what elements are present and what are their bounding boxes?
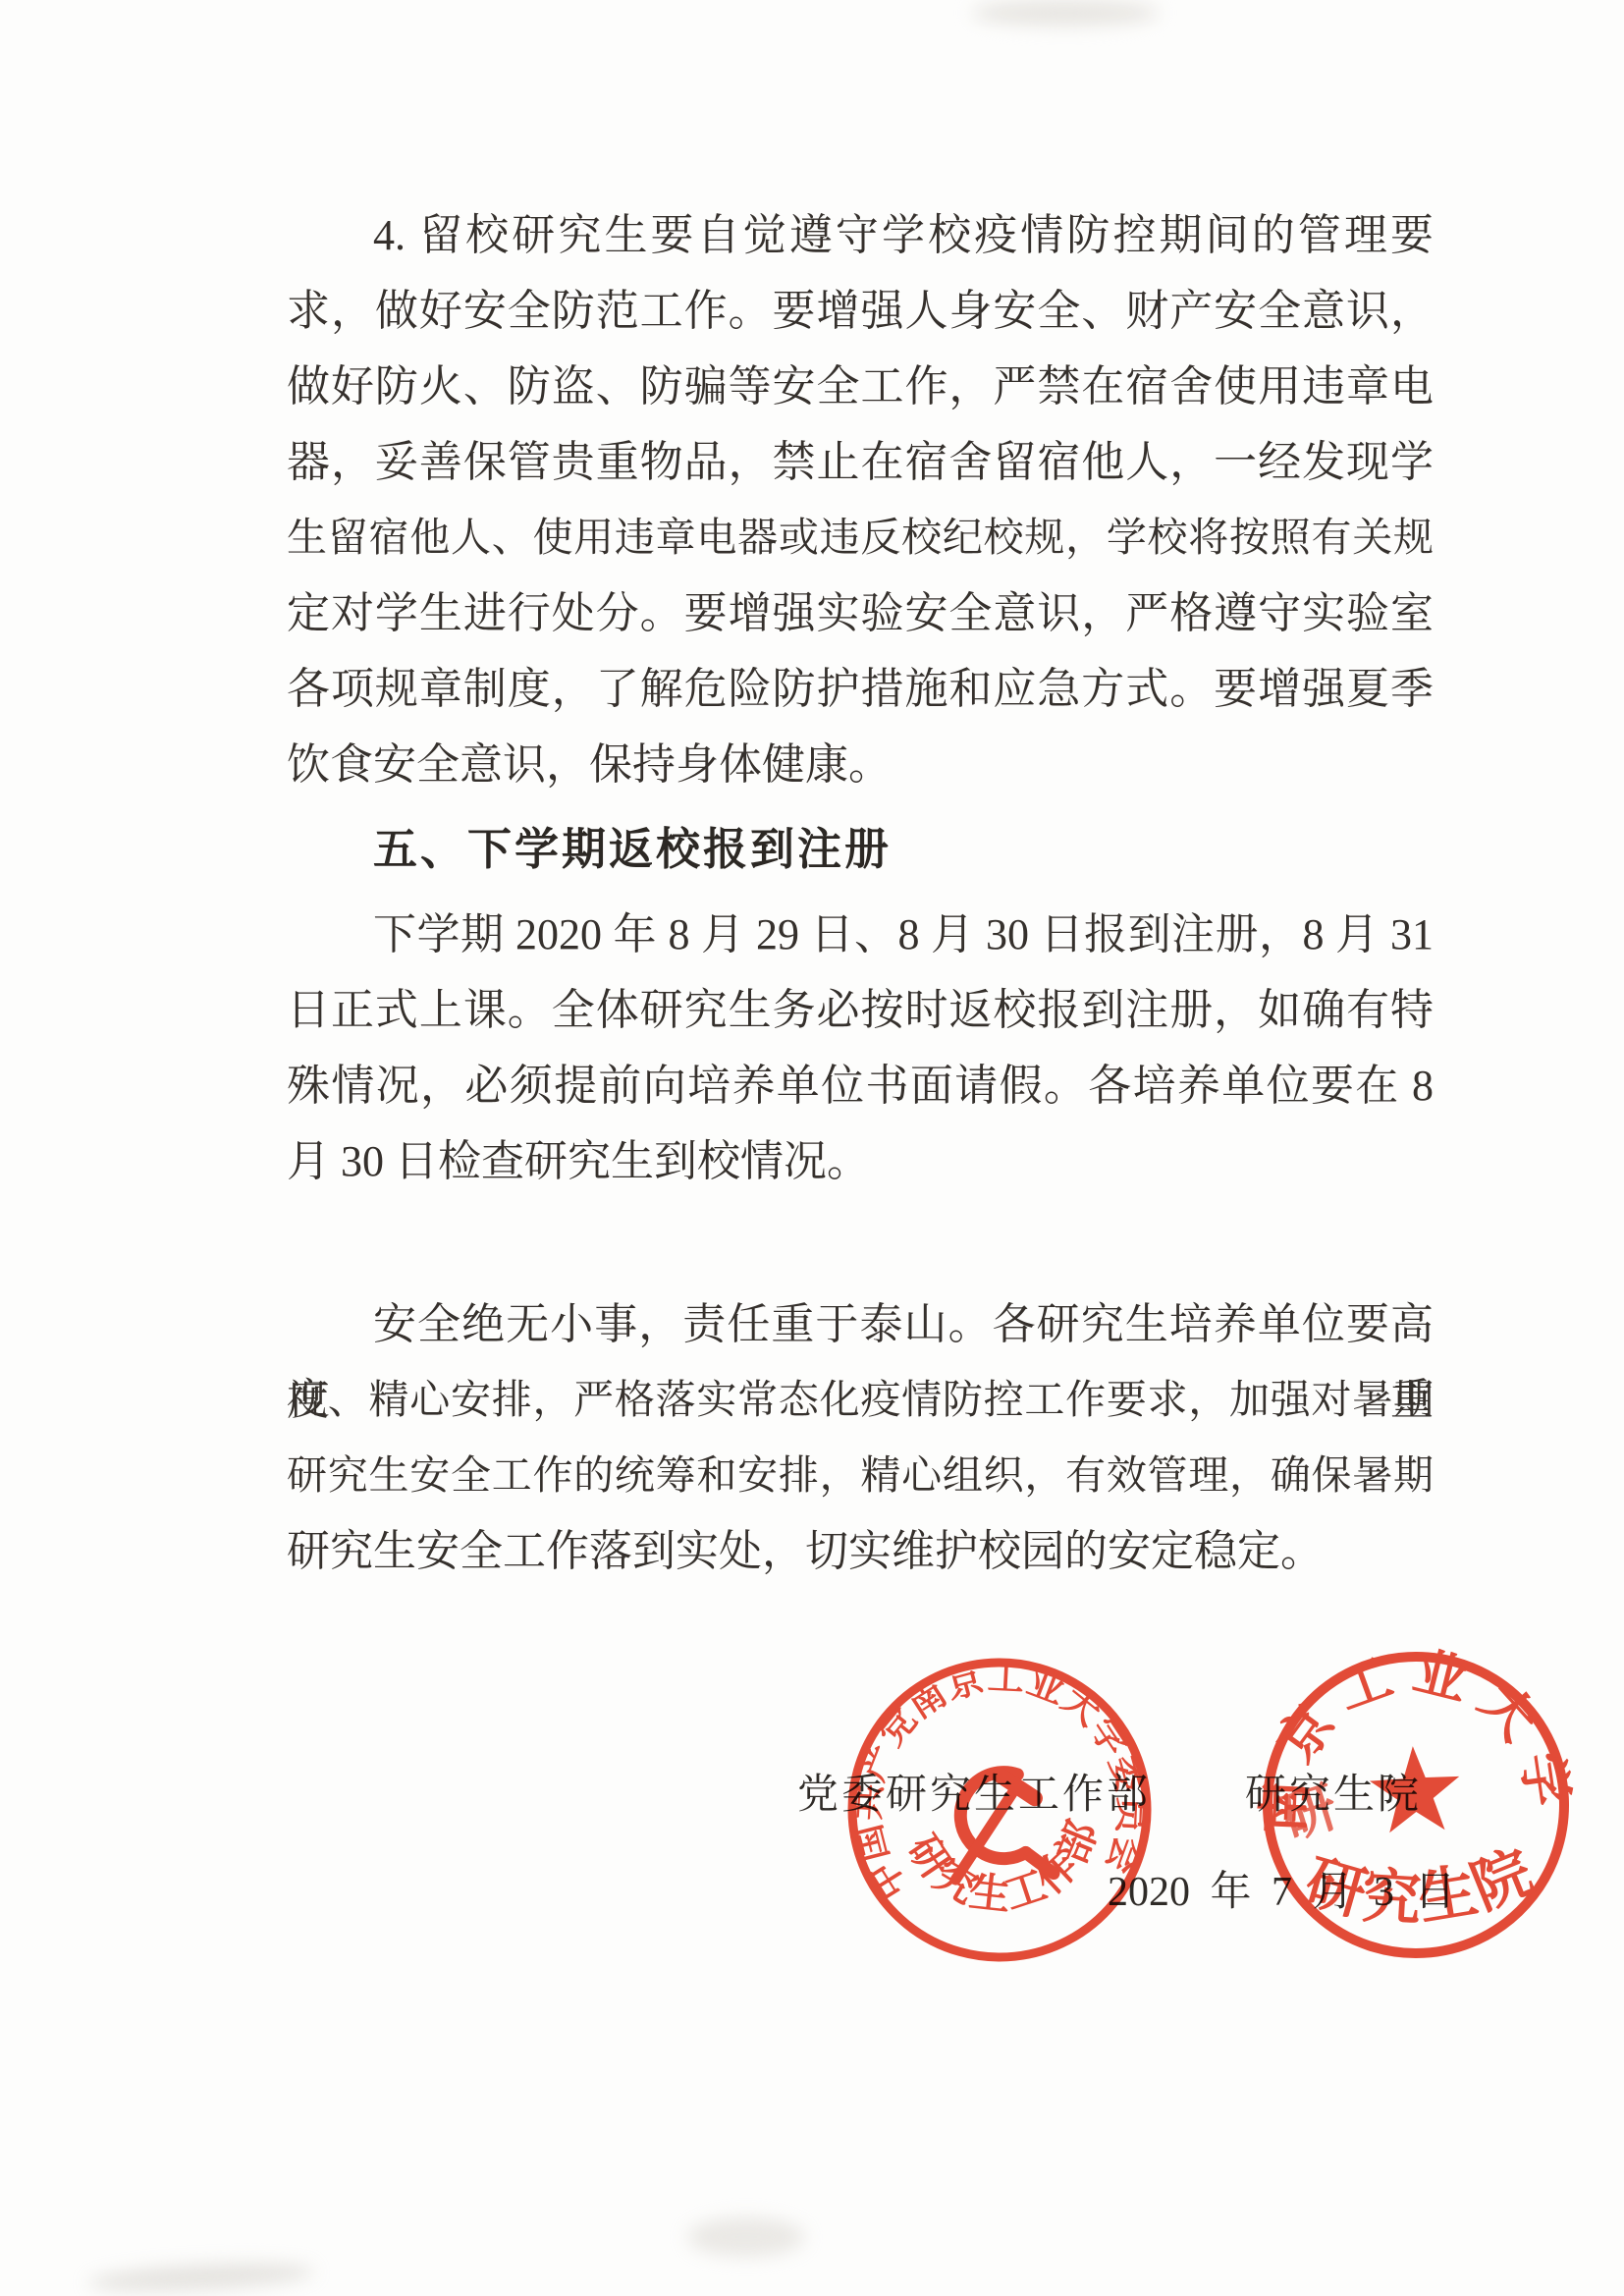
text-line: 定对学生进行处分。要增强实验安全意识，严格遵守实验室 (287, 575, 1434, 651)
text-line: 生留宿他人、使用违章电器或违反校纪校规，学校将按照有关规 (287, 500, 1434, 575)
text-line: 4. 留校研究生要自觉遵守学校疫情防控期间的管理要 (287, 197, 1434, 273)
section-heading: 五、下学期返校报到注册 (287, 812, 1434, 888)
text-line: 下学期 2020 年 8 月 29 日、8 月 30 日报到注册，8 月 31 (287, 897, 1434, 972)
text-line: 各项规章制度，了解危险防护措施和应急方式。要增强夏季 (287, 651, 1434, 727)
text-line: 研究生安全工作的统筹和安排，精心组织，有效管理，确保暑期 (287, 1438, 1434, 1513)
scan-smudge (87, 2259, 314, 2296)
scanned-document-page: 4. 留校研究生要自觉遵守学校疫情防控期间的管理要 求，做好安全防范工作。要增强… (0, 0, 1624, 2296)
text-line: 饮食安全意识，保持身体健康。 (287, 727, 1434, 802)
text-line: 视、精心安排，严格落实常态化疫情防控工作要求，加强对暑期 (287, 1362, 1434, 1438)
document-body: 4. 留校研究生要自觉遵守学校疫情防控期间的管理要 求，做好安全防范工作。要增强… (287, 197, 1434, 1589)
text-line: 做好防火、防盗、防骗等安全工作，严禁在宿舍使用违章电 (287, 349, 1434, 424)
hammer-sickle-icon (945, 1768, 1054, 1884)
text-line: 日正式上课。全体研究生务必按时返校报到注册，如确有特 (287, 972, 1434, 1048)
scan-smudge (687, 2217, 805, 2257)
text-line: 殊情况，必须提前向培养单位书面请假。各培养单位要在 8 (287, 1048, 1434, 1123)
text-line: 月 30 日检查研究生到校情况。 (287, 1123, 1434, 1199)
text-line: 安全绝无小事，责任重于泰山。各研究生培养单位要高度重 (287, 1286, 1434, 1362)
seal-bottom-text: 研究生工作部 (896, 1810, 1116, 1931)
party-committee-seal: 中国共产党南京工业大学委员会 研究生工作部 (833, 1643, 1166, 1977)
text-line: 研究生安全工作落到实处，切实维护校园的安定稳定。 (287, 1513, 1434, 1589)
star-icon (1368, 1744, 1462, 1833)
text-line: 器，妥善保管贵重物品，禁止在宿舍留宿他人，一经发现学 (287, 424, 1434, 500)
svg-text:研究生工作部: 研究生工作部 (896, 1810, 1116, 1931)
text-line: 求，做好安全防范工作。要增强人身安全、财产安全意识， (287, 273, 1434, 349)
graduate-school-seal: 南京工业大学 研究生院 研 (1249, 1638, 1583, 1972)
scan-smudge (972, 0, 1159, 26)
